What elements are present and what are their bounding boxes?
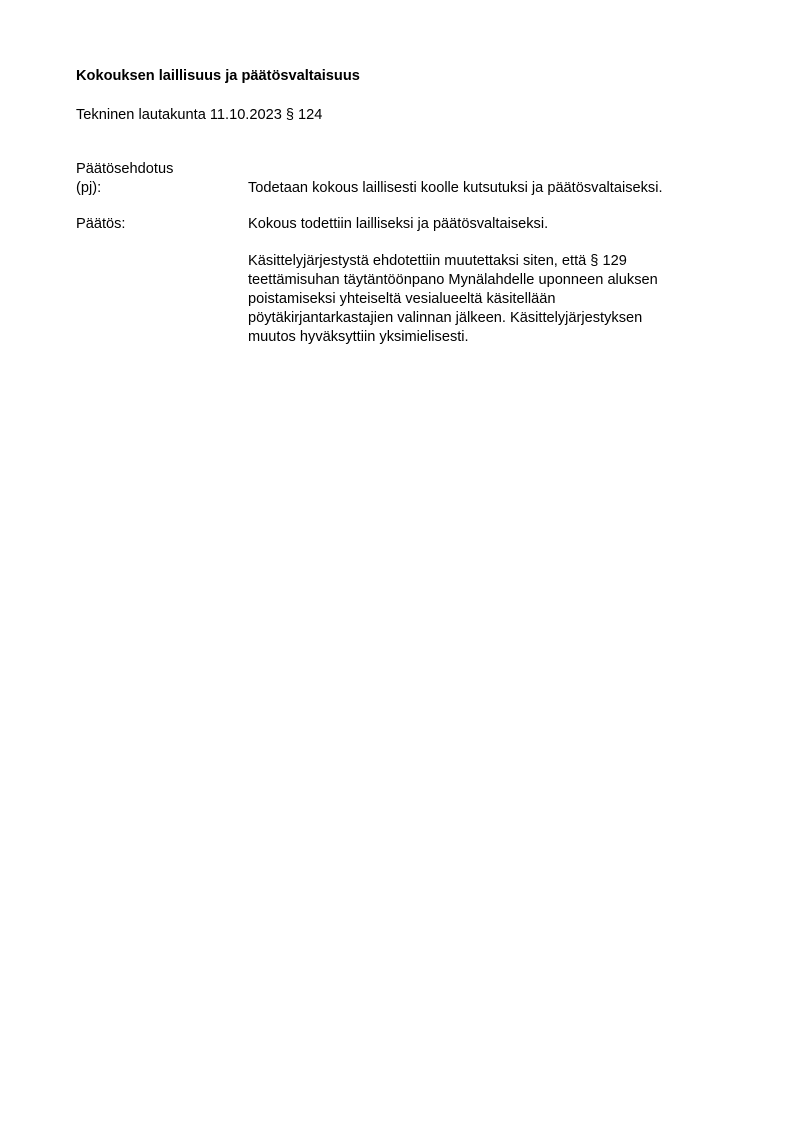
proposal-text: Todetaan kokous laillisesti koolle kutsu… [248, 180, 663, 196]
paragraph-line: pöytäkirjantarkastajien valinnan jälkeen… [248, 309, 718, 328]
proposal-label-line1: Päätösehdotus [76, 161, 173, 177]
paragraph-line: poistamiseksi yhteiseltä vesialueeltä kä… [248, 290, 718, 309]
decision-label: Päätös: [76, 216, 126, 232]
paragraph-line: teettämisuhan täytäntöönpano Mynälahdell… [248, 271, 718, 290]
paragraph-line: Käsittelyjärjestystä ehdotettiin muutett… [248, 252, 718, 271]
meeting-reference: Tekninen lautakunta 11.10.2023 § 124 [76, 107, 322, 123]
decision-text: Kokous todettiin lailliseksi ja päätösva… [248, 216, 548, 232]
decision-paragraph: Käsittelyjärjestystä ehdotettiin muutett… [248, 252, 718, 347]
proposal-label-line2: (pj): [76, 180, 101, 196]
paragraph-line: muutos hyväksyttiin yksimielisesti. [248, 328, 718, 347]
document-title: Kokouksen laillisuus ja päätösvaltaisuus [76, 68, 360, 84]
